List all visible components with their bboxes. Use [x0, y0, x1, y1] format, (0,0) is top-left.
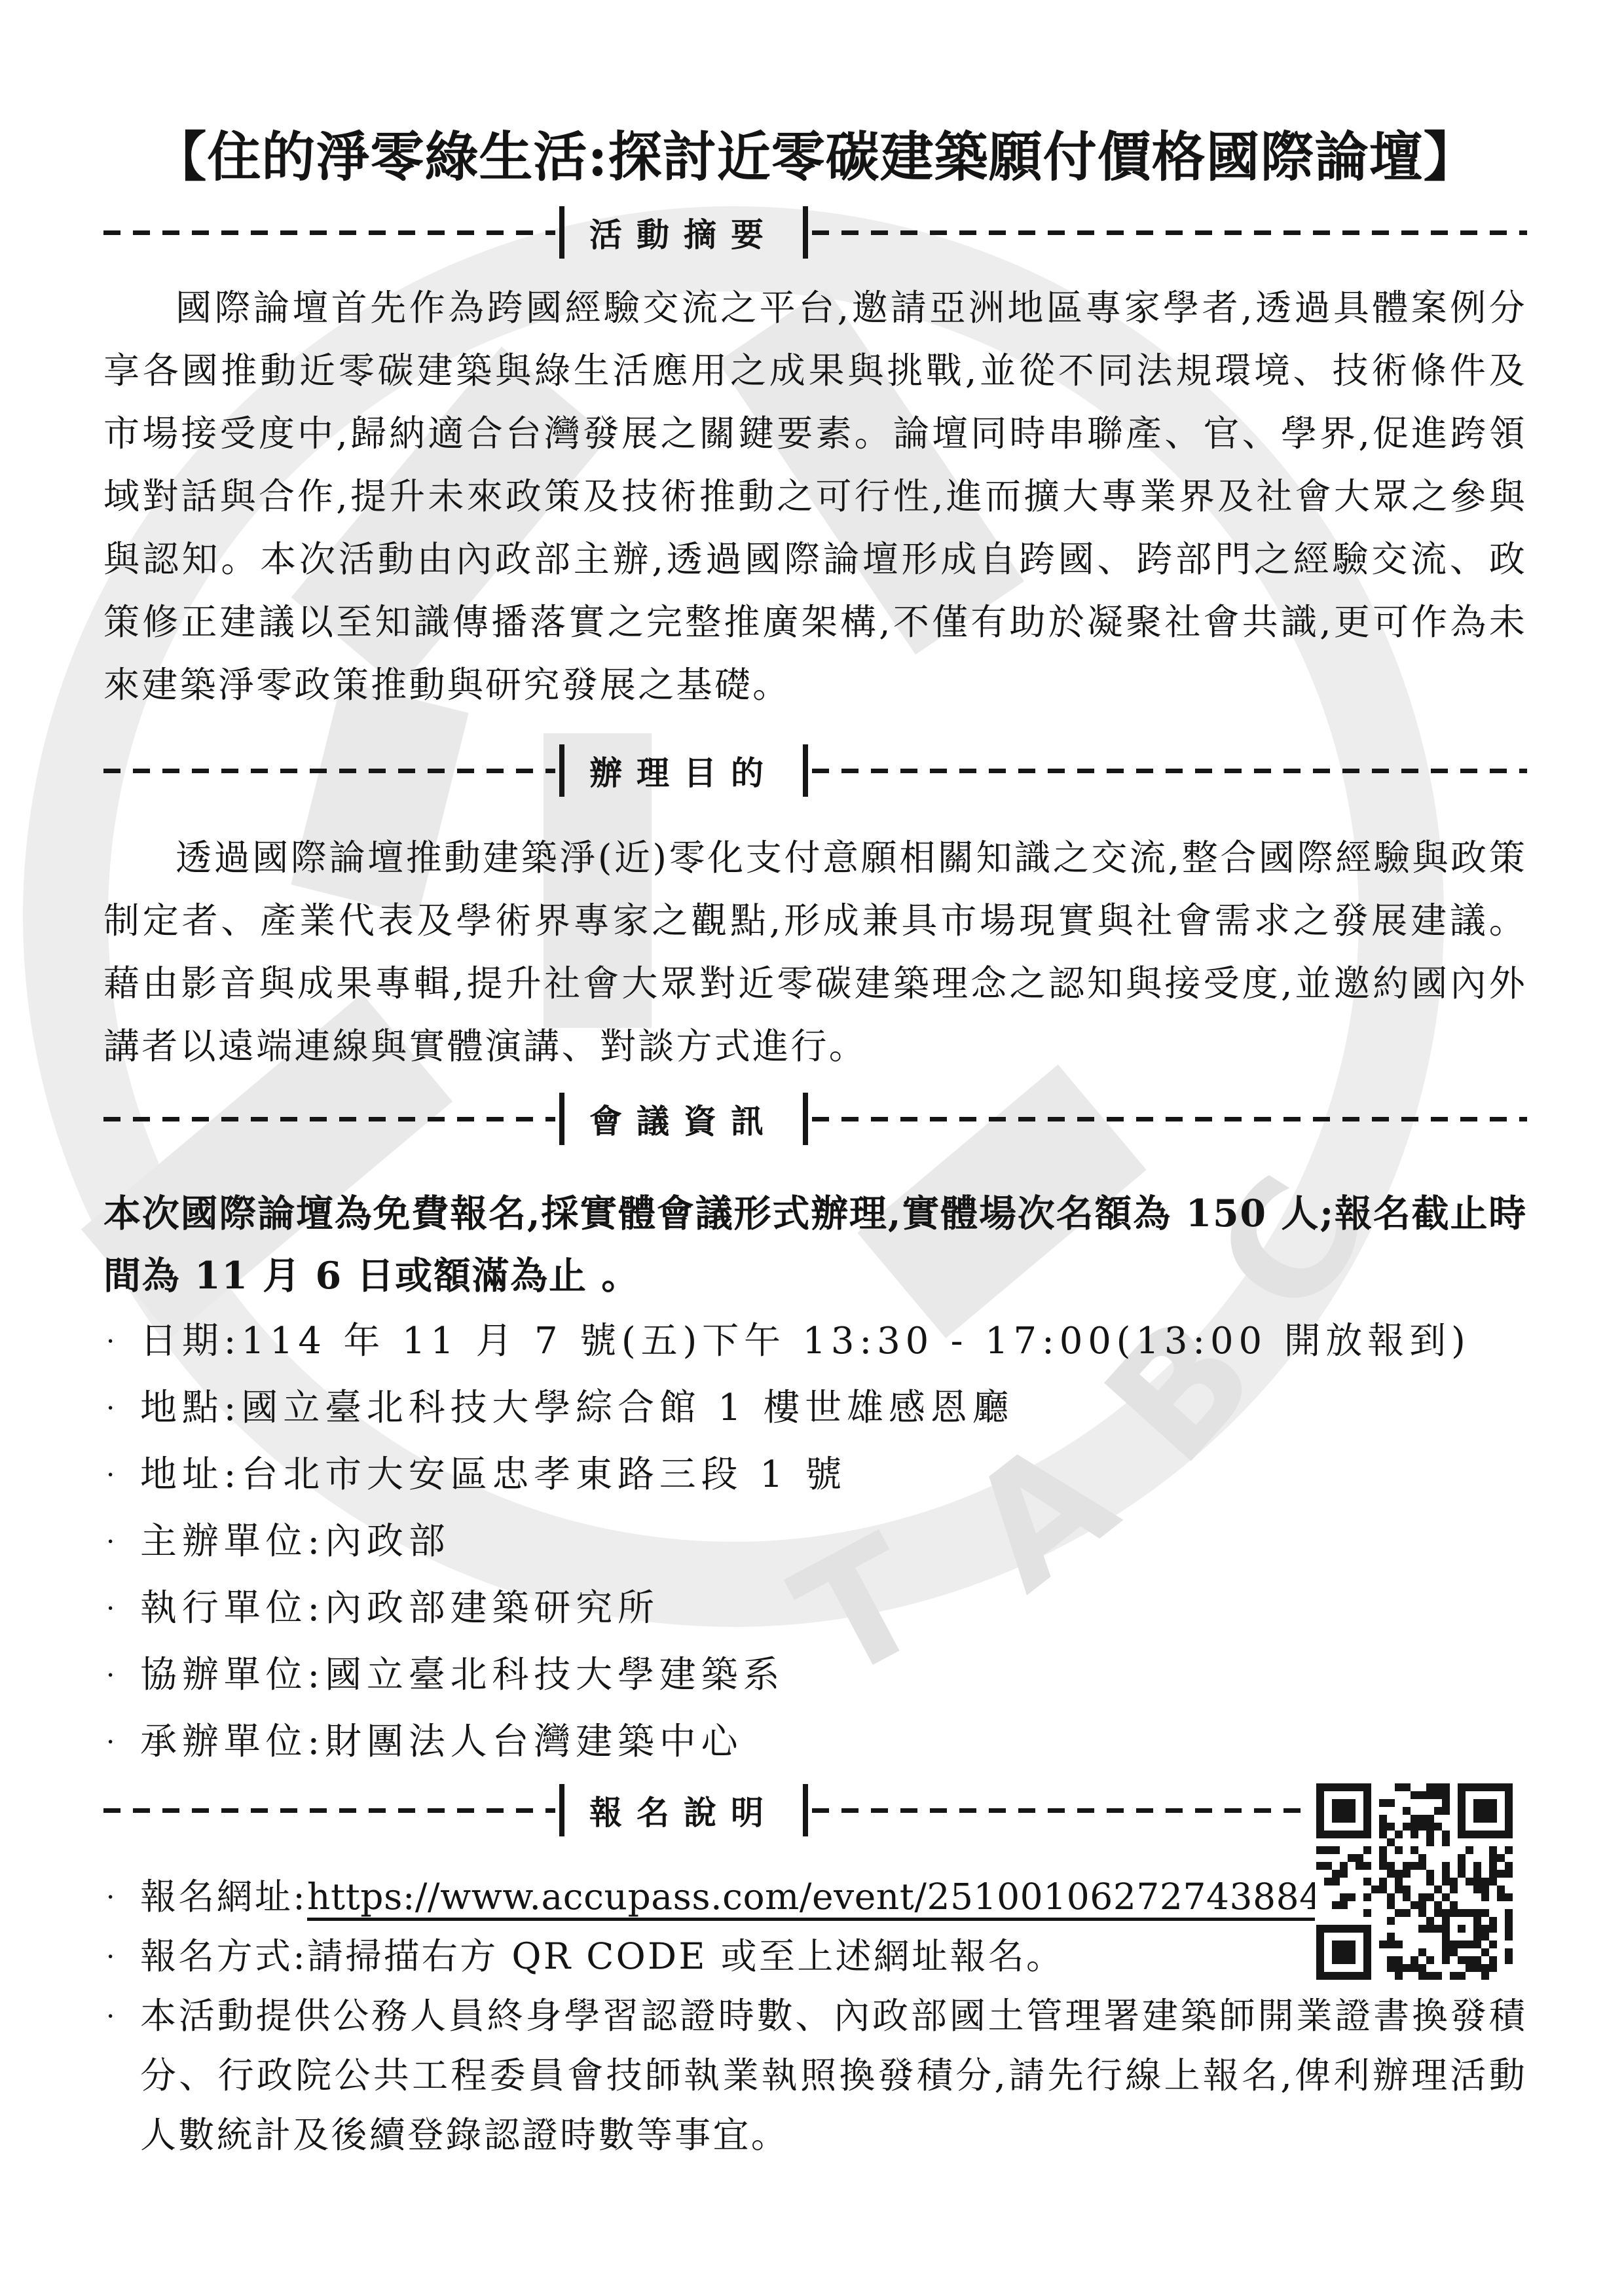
- bullet-icon: ·: [106, 1308, 115, 1375]
- section-header-summary: 活動摘要: [103, 204, 1527, 261]
- registration-method-text: 報名方式:請掃描右方 QR CODE 或至上述網址報名。: [140, 1935, 1064, 1977]
- dashed-rule: [812, 1808, 1312, 1813]
- list-item-text: 執行單位:內政部建築研究所: [140, 1587, 659, 1630]
- list-item-coorganizer: · 協辦單位:國立臺北科技大學建築系: [103, 1642, 1527, 1709]
- registration-note-item: · 本活動提供公務人員終身學習認證時數、內政部國土管理署建築師開業證書換發積分、…: [103, 1986, 1527, 2165]
- list-item-organizer: · 主辦單位:內政部: [103, 1508, 1527, 1575]
- bullet-icon: ·: [106, 1986, 115, 2046]
- dashed-rule: [812, 769, 1527, 773]
- registration-note-text: 本活動提供公務人員終身學習認證時數、內政部國土管理署建築師開業證書換發積分、行政…: [140, 1995, 1527, 2156]
- bullet-icon: ·: [106, 1709, 115, 1776]
- bullet-icon: ·: [106, 1442, 115, 1508]
- list-item-text: 承辦單位:財團法人台灣建築中心: [140, 1721, 743, 1763]
- summary-paragraph: 國際論壇首先作為跨國經驗交流之平台,邀請亞洲地區專家學者,透過具體案例分享各國推…: [103, 276, 1527, 716]
- bullet-icon: ·: [106, 1867, 115, 1927]
- document-page: T A B C 【住的淨零綠生活:探討近零碳建築願付價格國際論壇】 活動摘要 國…: [0, 0, 1624, 2296]
- section-header-registration: 報名說明: [103, 1782, 1312, 1838]
- bullet-icon: ·: [106, 1927, 115, 1986]
- dashed-rule: [103, 1117, 555, 1121]
- section-header-purpose: 辦理目的: [103, 742, 1527, 799]
- list-item-address: · 地址:台北市大安區忠孝東路三段 1 號: [103, 1442, 1527, 1508]
- info-notice: 本次國際論壇為免費報名,採實體會議形式辦理,實體場次名額為 150 人;報名截止…: [103, 1182, 1527, 1307]
- registration-qr-code: [1315, 1782, 1514, 1981]
- dashed-rule: [103, 1808, 555, 1813]
- list-item-undertaker: · 承辦單位:財團法人台灣建築中心: [103, 1709, 1527, 1776]
- purpose-paragraph: 透過國際論壇推動建築淨(近)零化支付意願相關知識之交流,整合國際經驗與政策制定者…: [103, 826, 1527, 1078]
- registration-url-label: 報名網址:: [140, 1876, 307, 1918]
- bullet-icon: ·: [106, 1642, 115, 1709]
- page-title: 【住的淨零綠生活:探討近零碳建築願付價格國際論壇】: [103, 123, 1527, 191]
- section-heading-summary: 活動摘要: [559, 206, 808, 259]
- section-heading-purpose: 辦理目的: [559, 744, 808, 797]
- bullet-icon: ·: [106, 1575, 115, 1642]
- registration-url-item: · 報名網址:https://www.accupass.com/event/25…: [103, 1867, 1527, 1927]
- list-item-text: 協辦單位:國立臺北科技大學建築系: [140, 1654, 784, 1696]
- section-heading-registration: 報名說明: [559, 1784, 808, 1836]
- registration-method-item: · 報名方式:請掃描右方 QR CODE 或至上述網址報名。: [103, 1927, 1527, 1986]
- section-header-info: 會議資訊: [103, 1091, 1527, 1147]
- list-item-text: 日期:114 年 11 月 7 號(五)下午 13:30 - 17:00(13:…: [140, 1320, 1471, 1362]
- dashed-rule: [812, 230, 1527, 235]
- list-item-venue: · 地點:國立臺北科技大學綜合館 1 樓世雄感恩廳: [103, 1375, 1527, 1442]
- bullet-icon: ·: [106, 1375, 115, 1442]
- registration-list: · 報名網址:https://www.accupass.com/event/25…: [103, 1867, 1527, 2165]
- dashed-rule: [103, 769, 555, 773]
- list-item-date: · 日期:114 年 11 月 7 號(五)下午 13:30 - 17:00(1…: [103, 1308, 1527, 1375]
- bullet-icon: ·: [106, 1508, 115, 1575]
- registration-url-link[interactable]: https://www.accupass.com/event/251001062…: [307, 1876, 1439, 1921]
- info-list: · 日期:114 年 11 月 7 號(五)下午 13:30 - 17:00(1…: [103, 1308, 1527, 1776]
- dashed-rule: [103, 230, 555, 235]
- section-heading-info: 會議資訊: [559, 1093, 808, 1145]
- list-item-text: 地點:國立臺北科技大學綜合館 1 樓世雄感恩廳: [140, 1387, 1014, 1429]
- list-item-text: 地址:台北市大安區忠孝東路三段 1 號: [140, 1453, 847, 1496]
- list-item-executor: · 執行單位:內政部建築研究所: [103, 1575, 1527, 1642]
- list-item-text: 主辦單位:內政部: [140, 1520, 451, 1563]
- dashed-rule: [812, 1117, 1527, 1121]
